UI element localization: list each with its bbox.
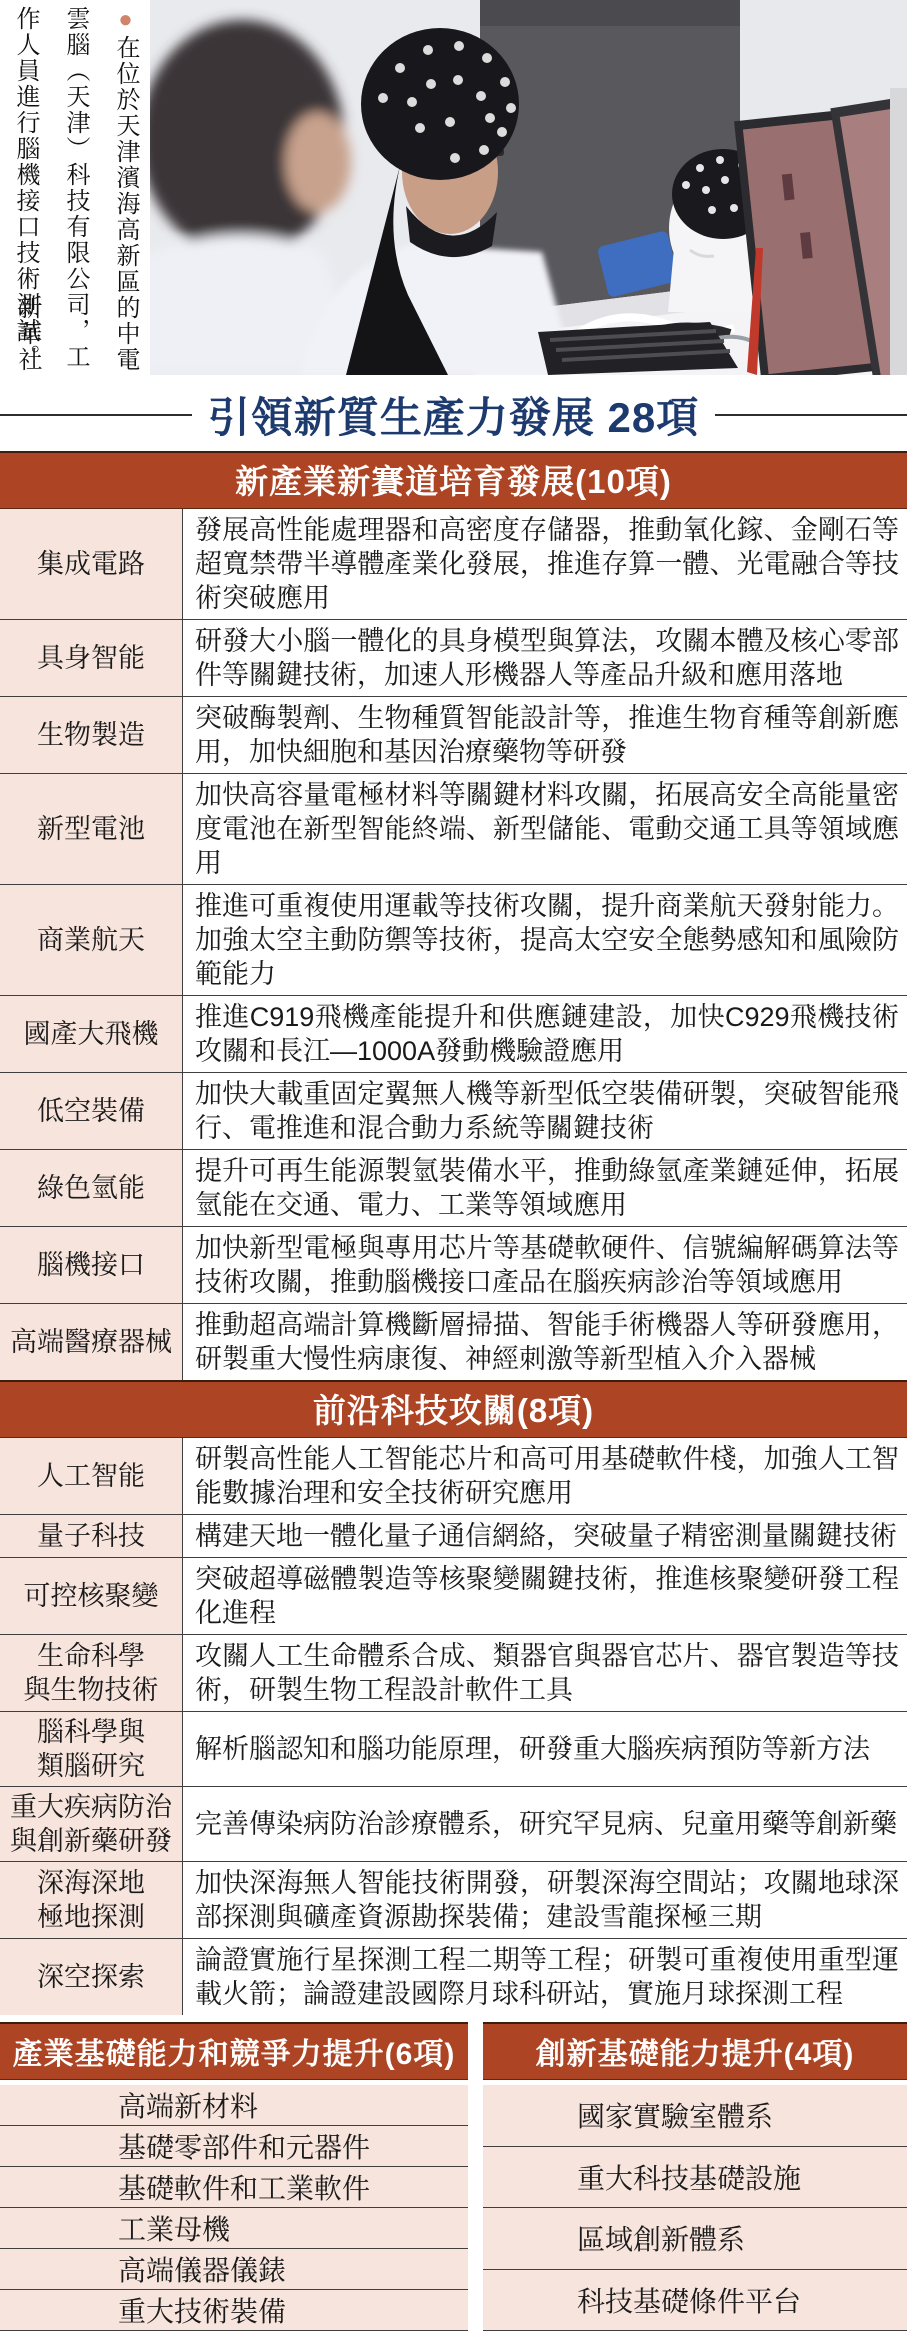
table-row: 商業航天推進可重複使用運載等技術攻關，提升商業航天發射能力。加強太空主動防禦等技… [0,884,907,995]
row-content: 提升可再生能源製氫裝備水平，推動綠氫產業鏈延伸，拓展氫能在交通、電力、工業等領域… [183,1150,907,1226]
row-content: 加快深海無人智能技術開發，研製深海空間站；攻關地球深部探測與礦產資源勘探裝備；建… [183,1862,907,1938]
row-content: 構建天地一體化量子通信網絡，突破量子精密測量關鍵技術 [183,1515,907,1557]
row-label: 重大疾病防治 與創新藥研發 [0,1787,183,1861]
row-label: 具身智能 [0,620,183,696]
row-label: 量子科技 [0,1515,183,1557]
row-label: 高端醫療器械 [0,1304,183,1380]
bottom-item: 國家實驗室體系 [483,2085,907,2147]
photo [150,0,907,375]
photo-block: ●在位於天津濱海高新區的中電雲腦（天津）科技有限公司，工作人員進行腦機接口技術測… [0,0,907,375]
row-label: 深海深地 極地探測 [0,1862,183,1938]
row-label: 腦科學與 類腦研究 [0,1712,183,1786]
page-title: 引領新質生產力發展 28項 [208,385,699,445]
row-label: 腦機接口 [0,1227,183,1303]
bottom-section-header: 產業基礎能力和競爭力提升(6項) [0,2022,468,2080]
bottom-column: 創新基礎能力提升(4項)國家實驗室體系重大科技基礎設施區域創新體系科技基礎條件平… [483,2022,907,2331]
row-label: 可控核聚變 [0,1558,183,1634]
table-row: 具身智能研發大小腦一體化的具身模型與算法，攻關本體及核心零部件等關鍵技術，加速人… [0,619,907,696]
row-label: 國產大飛機 [0,996,183,1072]
bottom-column: 產業基礎能力和競爭力提升(6項)高端新材料基礎零部件和元器件基礎軟件和工業軟件工… [0,2022,468,2331]
row-content: 完善傳染病防治診療體系，研究罕見病、兒童用藥等創新藥 [183,1787,907,1861]
bottom-item: 重大技術裝備 [0,2290,468,2331]
bottom-item: 科技基礎條件平台 [483,2270,907,2331]
bottom-item: 工業母機 [0,2208,468,2249]
bottom-item: 基礎零部件和元器件 [0,2126,468,2167]
row-label: 低空裝備 [0,1073,183,1149]
bottom-section-header: 創新基礎能力提升(4項) [483,2022,907,2080]
row-content: 攻關人工生命體系合成、類器官與器官芯片、器官製造等技術，研製生物工程設計軟件工具 [183,1635,907,1711]
row-content: 發展高性能處理器和高密度存儲器，推動氧化鎵、金剛石等超寬禁帶半導體產業化發展，推… [183,509,907,619]
row-content: 加快新型電極與專用芯片等基礎軟硬件、信號編解碼算法等技術攻關，推動腦機接口產品在… [183,1227,907,1303]
table-row: 深空探索論證實施行星探測工程二期等工程；研製可重複使用重型運載火箭；論證建設國際… [0,1938,907,2015]
bottom-columns: 產業基礎能力和競爭力提升(6項)高端新材料基礎零部件和元器件基礎軟件和工業軟件工… [0,2022,907,2331]
row-content: 研發大小腦一體化的具身模型與算法，攻關本體及核心零部件等關鍵技術，加速人形機器人… [183,620,907,696]
row-label: 生命科學 與生物技術 [0,1635,183,1711]
section-header: 前沿科技攻關(8項) [0,1380,907,1438]
table-row: 集成電路發展高性能處理器和高密度存儲器，推動氧化鎵、金剛石等超寬禁帶半導體產業化… [0,509,907,619]
row-label: 生物製造 [0,697,183,773]
productivity-table: 新產業新賽道培育發展(10項)集成電路發展高性能處理器和高密度存儲器，推動氧化鎵… [0,451,907,2015]
table-row: 綠色氫能提升可再生能源製氫裝備水平，推動綠氫產業鏈延伸，拓展氫能在交通、電力、工… [0,1149,907,1226]
row-content: 突破超導磁體製造等核聚變關鍵技術，推進核聚變研發工程化進程 [183,1558,907,1634]
table-row: 重大疾病防治 與創新藥研發完善傳染病防治診療體系，研究罕見病、兒童用藥等創新藥 [0,1786,907,1861]
row-label: 新型電池 [0,774,183,884]
row-label: 商業航天 [0,885,183,995]
bottom-item: 基礎軟件和工業軟件 [0,2167,468,2208]
table-row: 腦機接口加快新型電極與專用芯片等基礎軟硬件、信號編解碼算法等技術攻關，推動腦機接… [0,1226,907,1303]
table-row: 新型電池加快高容量電極材料等關鍵材料攻關，拓展高安全高能量密度電池在新型智能終端… [0,773,907,884]
section-header: 新產業新賽道培育發展(10項) [0,451,907,509]
table-row: 生物製造突破酶製劑、生物種質智能設計等，推進生物育種等創新應用，加快細胞和基因治… [0,696,907,773]
row-content: 加快大載重固定翼無人機等新型低空裝備研製，突破智能飛行、電推進和混合動力系統等關… [183,1073,907,1149]
row-label: 綠色氫能 [0,1150,183,1226]
row-content: 加快高容量電極材料等關鍵材料攻關，拓展高安全高能量密度電池在新型智能終端、新型儲… [183,774,907,884]
table-row: 國產大飛機推進C919飛機產能提升和供應鏈建設，加快C929飛機技術攻關和長江—… [0,995,907,1072]
row-content: 推進可重複使用運載等技術攻關，提升商業航天發射能力。加強太空主動防禦等技術，提高… [183,885,907,995]
row-content: 解析腦認知和腦功能原理，研發重大腦疾病預防等新方法 [183,1712,907,1786]
bottom-item-list: 國家實驗室體系重大科技基礎設施區域創新體系科技基礎條件平台 [483,2085,907,2331]
table-row: 低空裝備加快大載重固定翼無人機等新型低空裝備研製，突破智能飛行、電推進和混合動力… [0,1072,907,1149]
bottom-item: 高端新材料 [0,2085,468,2126]
table-row: 深海深地 極地探測加快深海無人智能技術開發，研製深海空間站；攻關地球深部探測與礦… [0,1861,907,1938]
table-row: 可控核聚變突破超導磁體製造等核聚變關鍵技術，推進核聚變研發工程化進程 [0,1557,907,1634]
title-bar: 引領新質生產力發展 28項 [0,387,907,443]
bottom-item-list: 高端新材料基礎零部件和元器件基礎軟件和工業軟件工業母機高端儀器儀錶重大技術裝備 [0,2085,468,2331]
table-row: 高端醫療器械推動超高端計算機斷層掃描、智能手術機器人等研發應用，研製重大慢性病康… [0,1303,907,1380]
title-rule-right [715,414,907,416]
row-content: 推動超高端計算機斷層掃描、智能手術機器人等研發應用，研製重大慢性病康復、神經刺激… [183,1304,907,1380]
table-row: 量子科技構建天地一體化量子通信網絡，突破量子精密測量關鍵技術 [0,1514,907,1557]
table-row: 腦科學與 類腦研究解析腦認知和腦功能原理，研發重大腦疾病預防等新方法 [0,1711,907,1786]
row-content: 研製高性能人工智能芯片和高可用基礎軟件棧，加強人工智能數據治理和安全技術研究應用 [183,1438,907,1514]
bottom-item: 區域創新體系 [483,2208,907,2270]
table-row: 生命科學 與生物技術攻關人工生命體系合成、類器官與器官芯片、器官製造等技術，研製… [0,1634,907,1711]
row-label: 集成電路 [0,509,183,619]
bottom-item: 重大科技基礎設施 [483,2147,907,2209]
row-label: 人工智能 [0,1438,183,1514]
caption-bullet-icon: ● [112,6,139,35]
table-row: 人工智能研製高性能人工智能芯片和高可用基礎軟件棧，加強人工智能數據治理和安全技術… [0,1438,907,1514]
photo-credit: 新華社 [10,295,45,373]
row-content: 推進C919飛機產能提升和供應鏈建設，加快C929飛機技術攻關和長江—1000A… [183,996,907,1072]
row-content: 突破酶製劑、生物種質智能設計等，推進生物育種等創新應用，加快細胞和基因治療藥物等… [183,697,907,773]
photo-illustration [150,0,907,375]
bottom-item: 高端儀器儀錶 [0,2249,468,2290]
row-content: 論證實施行星探測工程二期等工程；研製可重複使用重型運載火箭；論證建設國際月球科研… [183,1939,907,2015]
row-label: 深空探索 [0,1939,183,2015]
title-rule-left [0,414,192,416]
